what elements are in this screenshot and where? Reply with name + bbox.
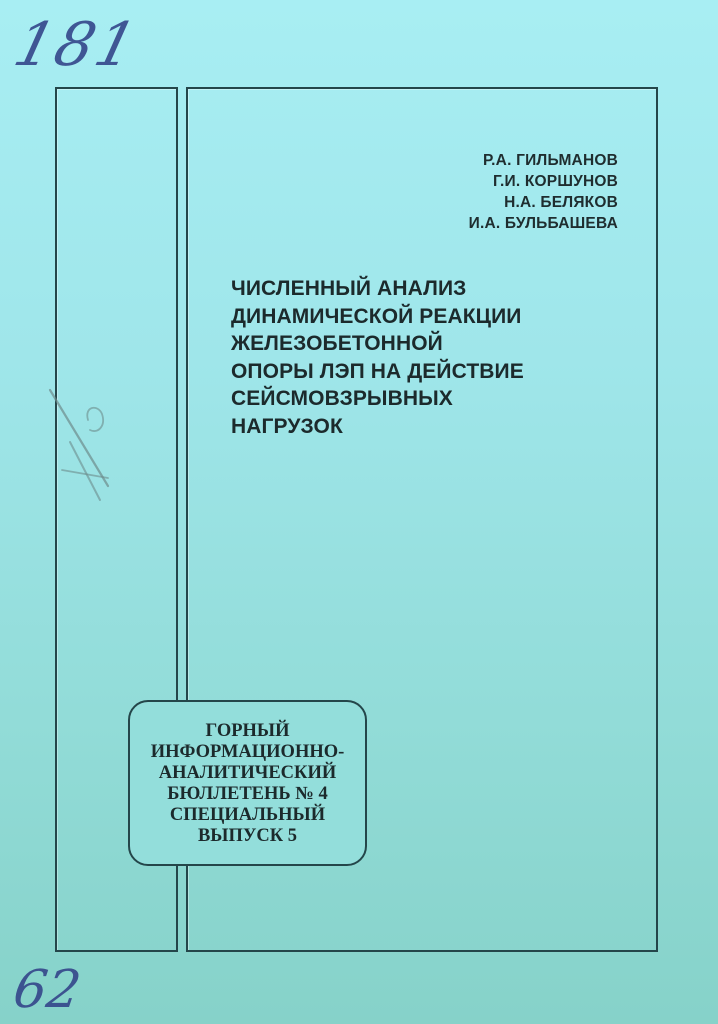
title-line: ЧИСЛЕННЫЙ АНАЛИЗ: [231, 275, 524, 303]
series-line: БЮЛЛЕТЕНЬ № 4: [167, 784, 327, 805]
author-name: Р.А. ГИЛЬМАНОВ: [469, 150, 618, 171]
series-line: ГОРНЫЙ: [206, 721, 290, 742]
handwritten-number-181: 181: [7, 10, 145, 80]
title-line: ЖЕЛЕЗОБЕТОННОЙ: [231, 330, 524, 358]
handwritten-number-62: 62: [10, 960, 85, 1020]
series-line: ВЫПУСК 5: [198, 826, 297, 847]
series-line: ИНФОРМАЦИОННО-: [151, 742, 345, 763]
series-line: АНАЛИТИЧЕСКИЙ: [159, 763, 336, 784]
title-line: ОПОРЫ ЛЭП НА ДЕЙСТВИЕ: [231, 358, 524, 386]
author-name: И.А. БУЛЬБАШЕВА: [469, 213, 618, 234]
pencil-mark-icon: [48, 382, 128, 502]
authors-list: Р.А. ГИЛЬМАНОВ Г.И. КОРШУНОВ Н.А. БЕЛЯКО…: [469, 150, 618, 234]
series-line: СПЕЦИАЛЬНЫЙ: [170, 805, 325, 826]
author-name: Г.И. КОРШУНОВ: [469, 171, 618, 192]
document-title: ЧИСЛЕННЫЙ АНАЛИЗ ДИНАМИЧЕСКОЙ РЕАКЦИИ ЖЕ…: [231, 275, 524, 440]
title-line: НАГРУЗОК: [231, 413, 524, 441]
title-line: ДИНАМИЧЕСКОЙ РЕАКЦИИ: [231, 303, 524, 331]
author-name: Н.А. БЕЛЯКОВ: [469, 192, 618, 213]
title-line: СЕЙСМОВЗРЫВНЫХ: [231, 385, 524, 413]
series-label-box: ГОРНЫЙ ИНФОРМАЦИОННО- АНАЛИТИЧЕСКИЙ БЮЛЛ…: [128, 700, 367, 866]
